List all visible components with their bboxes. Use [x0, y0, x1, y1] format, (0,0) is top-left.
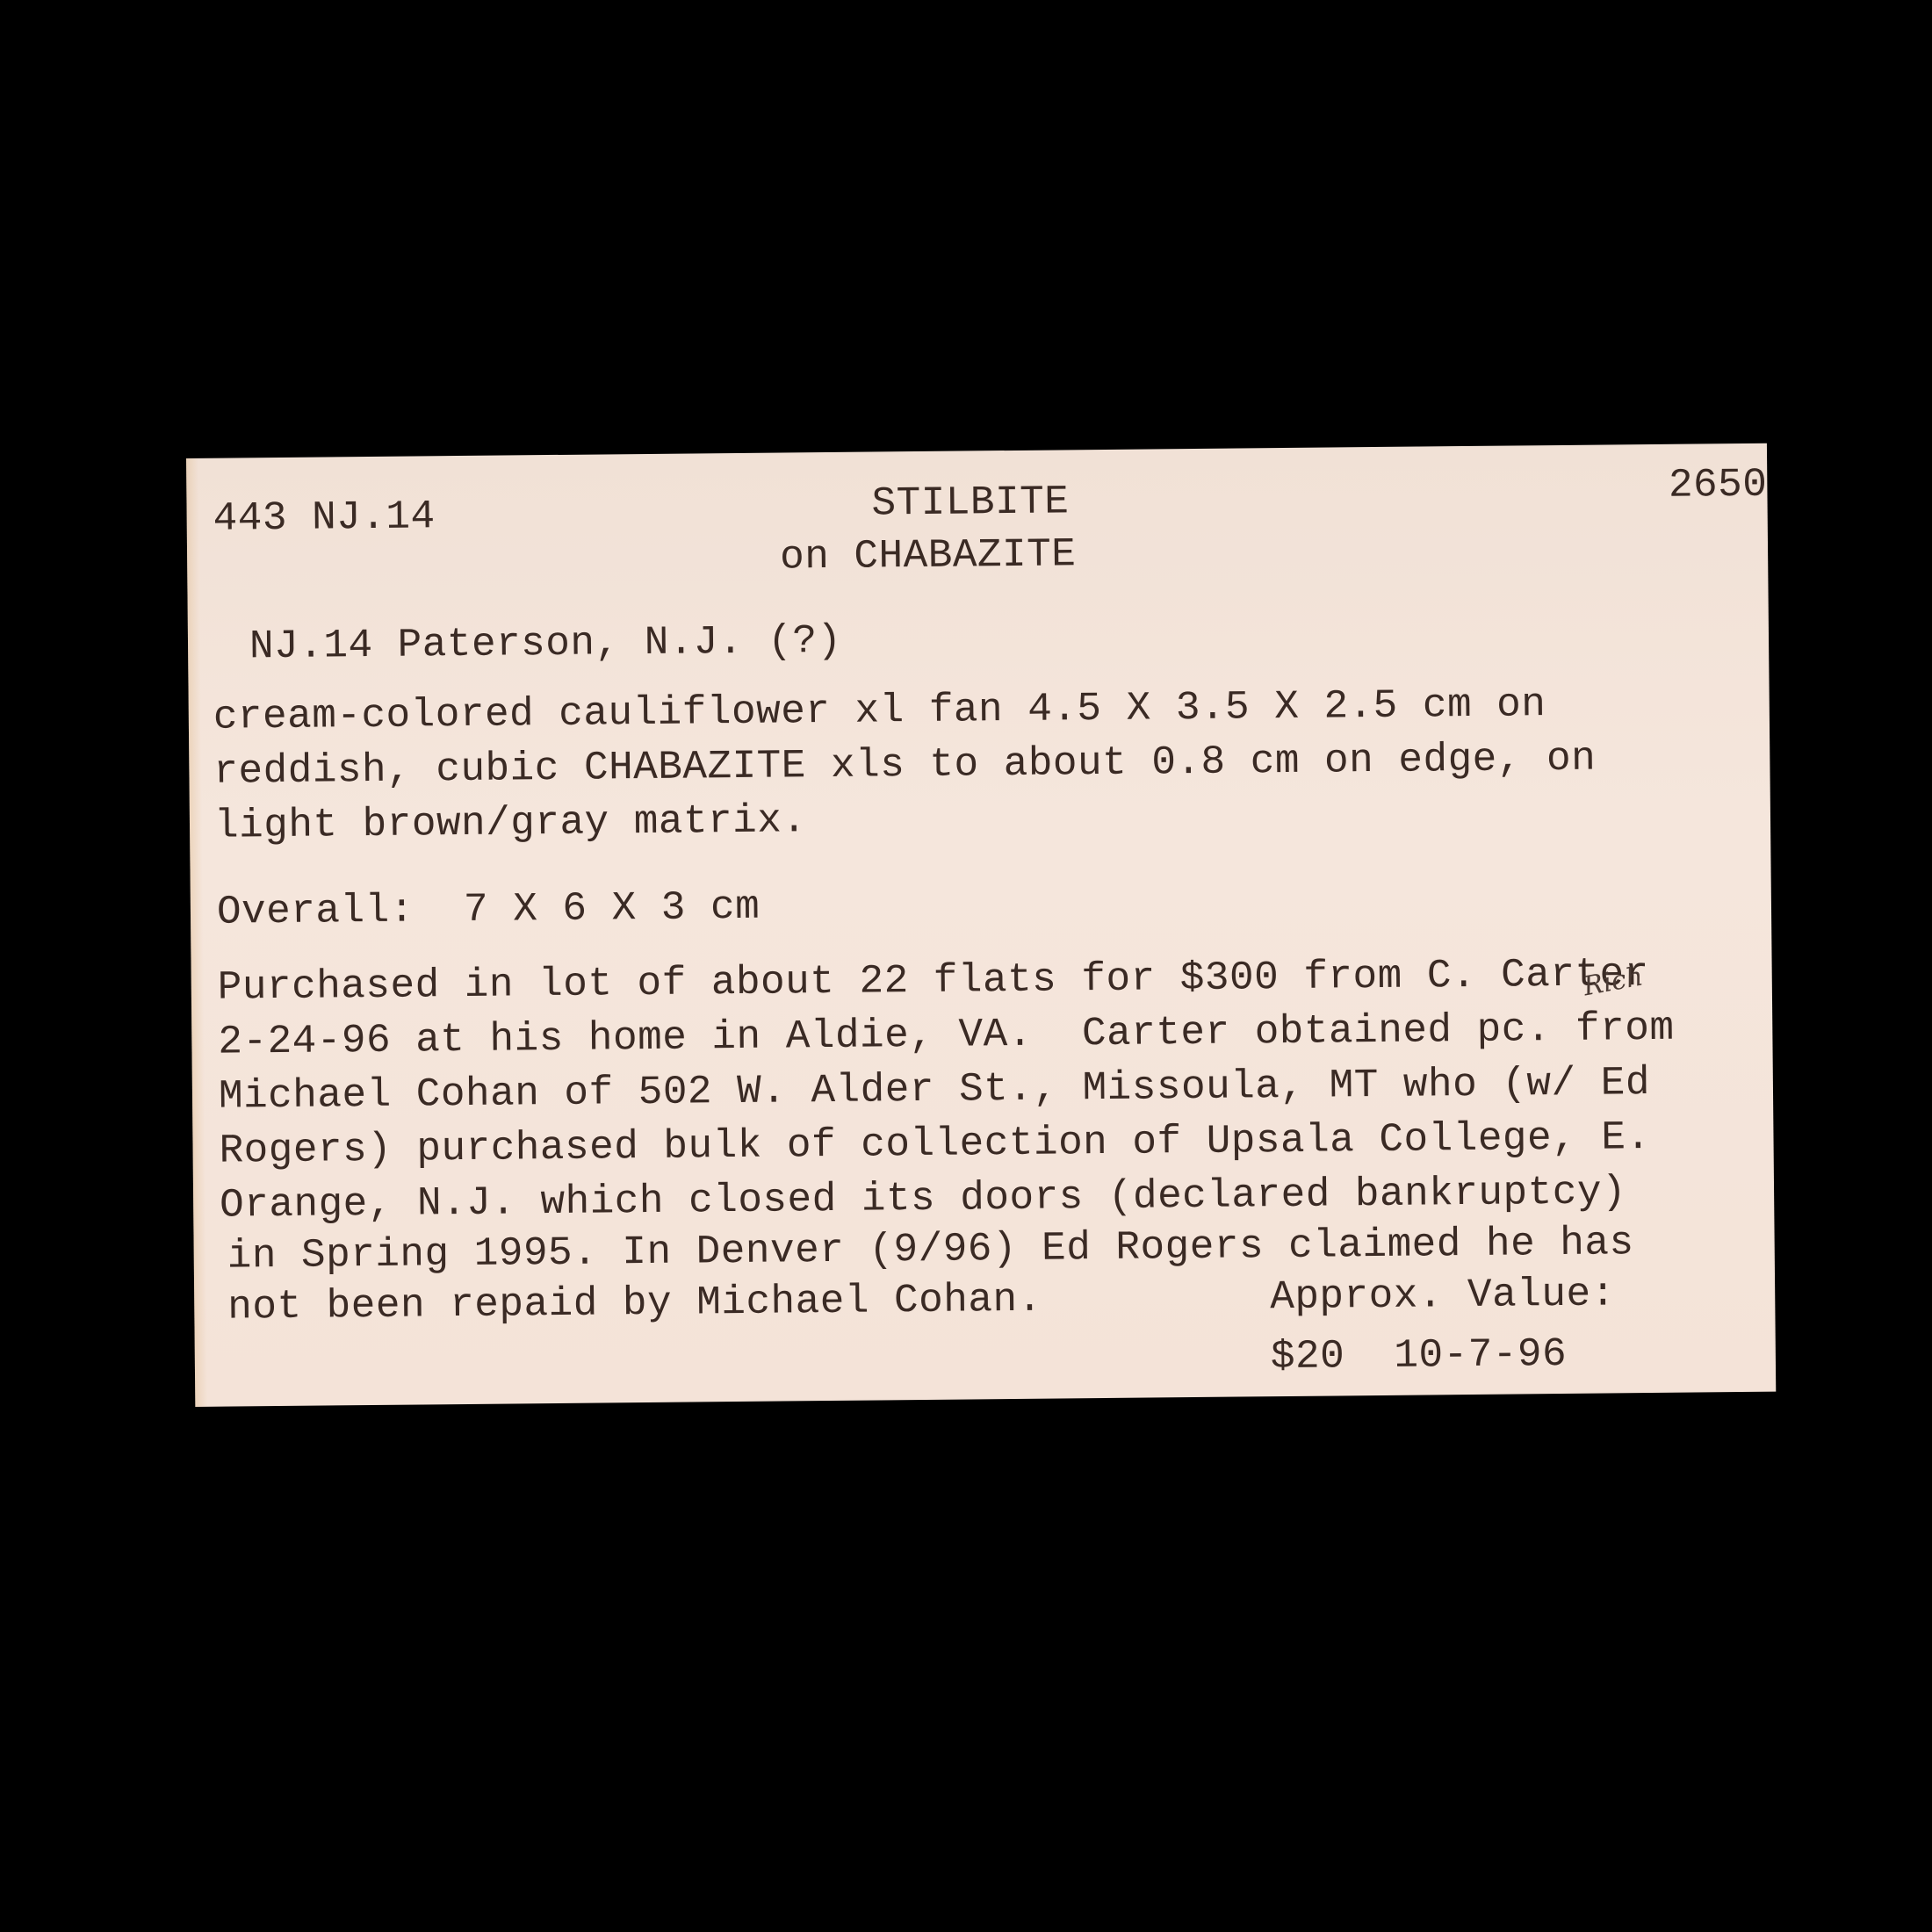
- overall-size: Overall: 7 X 6 X 3 cm: [217, 887, 761, 933]
- locality: NJ.14 Paterson, N.J. (?): [249, 621, 842, 667]
- provenance-line: Orange, N.J. which closed its doors (dec…: [220, 1171, 1626, 1225]
- provenance-line: in Spring 1995. In Denver (9/96) Ed Roge…: [227, 1222, 1634, 1276]
- catalog-id: 443 NJ.14: [213, 496, 435, 538]
- description-line: light brown/gray matrix.: [214, 800, 807, 846]
- provenance-line: Michael Cohan of 502 W. Alder St., Misso…: [219, 1063, 1650, 1117]
- provenance-line: Purchased in lot of about 22 flats for $…: [218, 954, 1649, 1008]
- provenance-line: not been repaid by Michael Cohan.: [227, 1280, 1042, 1328]
- description-line: reddish, cubic CHABAZITE xls to about 0.…: [213, 739, 1596, 792]
- description-line: cream-colored cauliflower xl fan 4.5 X 3…: [213, 684, 1546, 738]
- mineral-title-secondary: on CHABAZITE: [780, 534, 1077, 577]
- provenance-line: Rogers) purchased bulk of collection of …: [219, 1117, 1650, 1171]
- specimen-number: 2650: [1669, 465, 1768, 506]
- mineral-title-primary: STILBITE: [871, 481, 1069, 523]
- specimen-label-card: 443 NJ.14 2650 STILBITE on CHABAZITE NJ.…: [186, 443, 1776, 1407]
- approx-value-amount: $20 10-7-96: [1271, 1334, 1568, 1377]
- provenance-block: Purchased in lot of about 22 flats for $…: [218, 967, 320, 1331]
- description-block: cream-colored cauliflower xl fan 4.5 X 3…: [213, 696, 314, 899]
- provenance-line: 2-24-96 at his home in Aldie, VA. Carter…: [218, 1008, 1675, 1063]
- approx-value-label: Approx. Value:: [1270, 1273, 1616, 1317]
